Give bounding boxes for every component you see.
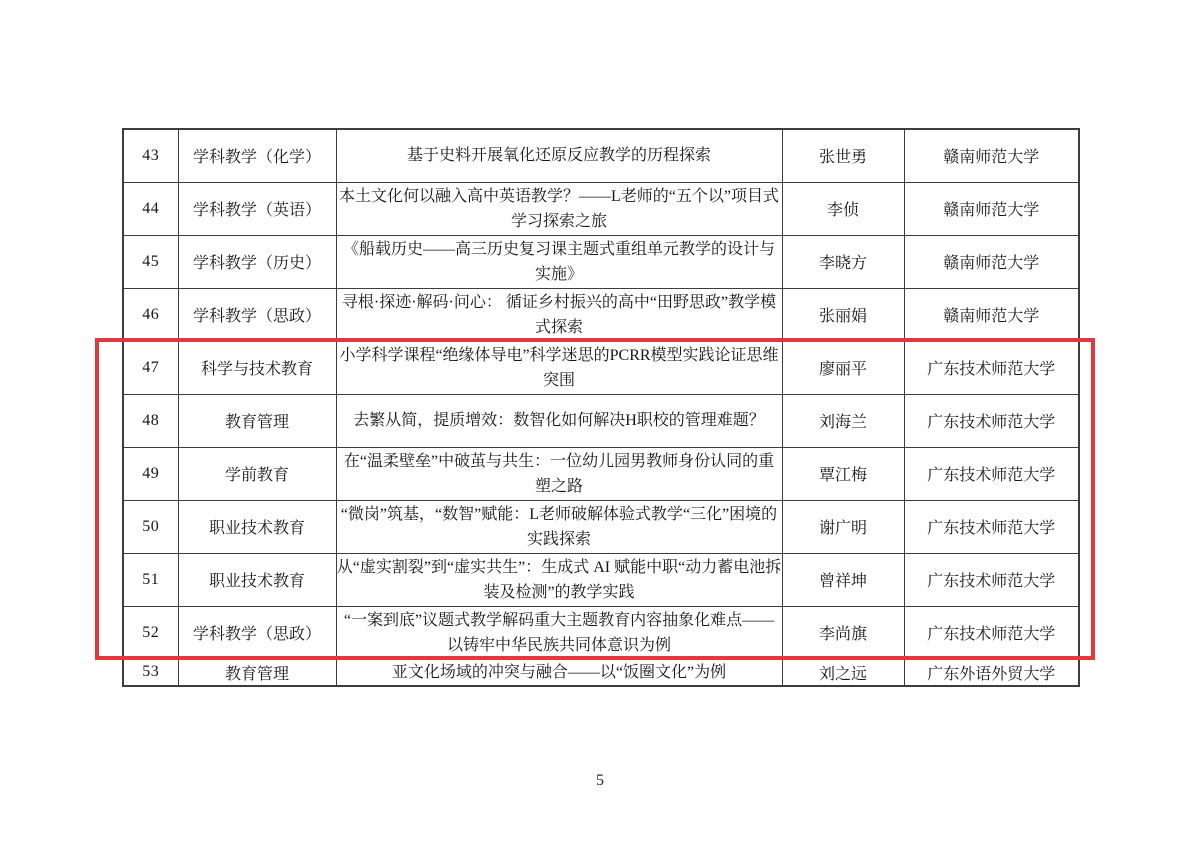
university-cell: 广东技术师范大学 [904, 553, 1079, 606]
category-text: 学科教学（历史） [193, 255, 321, 272]
university-text: 广东技术师范大学 [927, 626, 1055, 643]
row-number: 48 [142, 412, 159, 429]
university-cell: 广东外语外贸大学 [904, 659, 1079, 686]
row-number: 49 [142, 465, 159, 482]
university-text: 广东技术师范大学 [927, 520, 1055, 537]
university-cell: 广东技术师范大学 [904, 341, 1079, 394]
title-text: “一案到底”议题式教学解码重大主题教育内容抽象化难点——以铸牢中华民族共同体意识… [344, 612, 774, 654]
category-cell: 职业技术教育 [178, 553, 336, 606]
table-row: 44 学科教学（英语） 本土文化何以融入高中英语教学？——L老师的“五个以”项目… [123, 182, 1079, 235]
row-number: 46 [142, 306, 159, 323]
university-text: 广东技术师范大学 [927, 573, 1055, 590]
category-text: 学前教育 [225, 467, 289, 484]
table-row: 49 学前教育 在“温柔壁垒”中破茧与共生：一位幼儿园男教师身份认同的重塑之路 … [123, 447, 1079, 500]
row-number: 47 [142, 359, 159, 376]
table-row: 50 职业技术教育 “微岗”筑基，“数智”赋能：L老师破解体验式教学“三化”困境… [123, 500, 1079, 553]
university-text: 广东技术师范大学 [927, 361, 1055, 378]
title-cell: 本土文化何以融入高中英语教学？——L老师的“五个以”项目式学习探索之旅 [336, 182, 782, 235]
row-number-cell: 43 [123, 129, 178, 182]
row-number-cell: 51 [123, 553, 178, 606]
title-text: 亚文化场域的冲突与融合——以“饭圈文化”为例 [392, 664, 726, 681]
author-cell: 曾祥坤 [782, 553, 904, 606]
category-text: 教育管理 [225, 666, 289, 683]
category-text: 学科教学（思政） [193, 308, 321, 325]
category-cell: 学科教学（历史） [178, 235, 336, 288]
row-number: 50 [142, 518, 159, 535]
author-cell: 李侦 [782, 182, 904, 235]
row-number: 52 [142, 624, 159, 641]
title-text: 去繁从简，提质增效：数智化如何解决H职校的管理难题？ [353, 412, 765, 429]
category-text: 职业技术教育 [209, 520, 305, 537]
author-cell: 覃江梅 [782, 447, 904, 500]
category-cell: 学科教学（思政） [178, 288, 336, 341]
submissions-table: 43 学科教学（化学） 基于史料开展氧化还原反应教学的历程探索 张世勇 赣南师范… [122, 128, 1080, 687]
table-row: 46 学科教学（思政） 寻根·探迹·解码·问心： 循证乡村振兴的高中“田野思政”… [123, 288, 1079, 341]
title-cell: 小学科学课程“绝缘体导电”科学迷思的PCRR模型实践论证思维突围 [336, 341, 782, 394]
title-cell: “微岗”筑基，“数智”赋能：L老师破解体验式教学“三化”困境的实践探索 [336, 500, 782, 553]
author-text: 张丽娟 [819, 308, 867, 325]
table-row: 53 教育管理 亚文化场域的冲突与融合——以“饭圈文化”为例 刘之远 广东外语外… [123, 659, 1079, 686]
author-text: 廖丽平 [819, 361, 867, 378]
author-text: 李晓方 [819, 255, 867, 272]
row-number-cell: 53 [123, 659, 178, 686]
university-text: 广东技术师范大学 [927, 467, 1055, 484]
category-cell: 学前教育 [178, 447, 336, 500]
title-cell: 亚文化场域的冲突与融合——以“饭圈文化”为例 [336, 659, 782, 686]
author-text: 张世勇 [819, 149, 867, 166]
university-text: 广东外语外贸大学 [927, 666, 1055, 683]
page-number: 5 [0, 772, 1200, 790]
title-text: 寻根·探迹·解码·问心： 循证乡村振兴的高中“田野思政”教学模式探索 [342, 294, 776, 336]
row-number-cell: 50 [123, 500, 178, 553]
table-row: 51 职业技术教育 从“虚实割裂”到“虚实共生”：生成式 AI 赋能中职“动力蓄… [123, 553, 1079, 606]
category-text: 学科教学（思政） [193, 626, 321, 643]
row-number: 53 [142, 663, 159, 680]
category-text: 科学与技术教育 [201, 361, 313, 378]
table-body: 43 学科教学（化学） 基于史料开展氧化还原反应教学的历程探索 张世勇 赣南师范… [123, 129, 1079, 686]
author-text: 覃江梅 [819, 467, 867, 484]
row-number-cell: 48 [123, 394, 178, 447]
title-text: “微岗”筑基，“数智”赋能：L老师破解体验式教学“三化”困境的实践探索 [341, 506, 777, 548]
author-cell: 廖丽平 [782, 341, 904, 394]
university-cell: 广东技术师范大学 [904, 606, 1079, 659]
university-text: 赣南师范大学 [943, 149, 1039, 166]
category-cell: 教育管理 [178, 394, 336, 447]
author-cell: 张世勇 [782, 129, 904, 182]
university-text: 广东技术师范大学 [927, 414, 1055, 431]
university-cell: 广东技术师范大学 [904, 394, 1079, 447]
category-text: 职业技术教育 [209, 573, 305, 590]
category-cell: 学科教学（化学） [178, 129, 336, 182]
university-cell: 赣南师范大学 [904, 288, 1079, 341]
row-number-cell: 44 [123, 182, 178, 235]
university-cell: 赣南师范大学 [904, 235, 1079, 288]
title-cell: 《船载历史——高三历史复习课主题式重组单元教学的设计与实施》 [336, 235, 782, 288]
title-text: 在“温柔壁垒”中破茧与共生：一位幼儿园男教师身份认同的重塑之路 [344, 453, 774, 495]
row-number: 43 [142, 147, 159, 164]
author-text: 曾祥坤 [819, 573, 867, 590]
category-text: 学科教学（化学） [193, 149, 321, 166]
row-number-cell: 49 [123, 447, 178, 500]
author-cell: 李尚旗 [782, 606, 904, 659]
category-text: 教育管理 [225, 414, 289, 431]
title-text: 小学科学课程“绝缘体导电”科学迷思的PCRR模型实践论证思维突围 [339, 347, 778, 389]
category-text: 学科教学（英语） [193, 202, 321, 219]
author-text: 李侦 [827, 202, 859, 219]
category-cell: 科学与技术教育 [178, 341, 336, 394]
title-cell: 寻根·探迹·解码·问心： 循证乡村振兴的高中“田野思政”教学模式探索 [336, 288, 782, 341]
row-number-cell: 47 [123, 341, 178, 394]
title-cell: “一案到底”议题式教学解码重大主题教育内容抽象化难点——以铸牢中华民族共同体意识… [336, 606, 782, 659]
row-number-cell: 45 [123, 235, 178, 288]
author-text: 刘之远 [819, 666, 867, 683]
document-page: 43 学科教学（化学） 基于史料开展氧化还原反应教学的历程探索 张世勇 赣南师范… [0, 0, 1200, 849]
university-cell: 广东技术师范大学 [904, 447, 1079, 500]
table-row: 48 教育管理 去繁从简，提质增效：数智化如何解决H职校的管理难题？ 刘海兰 广… [123, 394, 1079, 447]
university-cell: 赣南师范大学 [904, 182, 1079, 235]
author-text: 李尚旗 [819, 626, 867, 643]
university-cell: 广东技术师范大学 [904, 500, 1079, 553]
category-cell: 职业技术教育 [178, 500, 336, 553]
row-number-cell: 46 [123, 288, 178, 341]
table-row: 47 科学与技术教育 小学科学课程“绝缘体导电”科学迷思的PCRR模型实践论证思… [123, 341, 1079, 394]
category-cell: 学科教学（思政） [178, 606, 336, 659]
category-cell: 教育管理 [178, 659, 336, 686]
table-row: 52 学科教学（思政） “一案到底”议题式教学解码重大主题教育内容抽象化难点——… [123, 606, 1079, 659]
title-text: 《船载历史——高三历史复习课主题式重组单元教学的设计与实施》 [343, 241, 775, 283]
title-text: 基于史料开展氧化还原反应教学的历程探索 [407, 147, 711, 164]
row-number: 51 [142, 571, 159, 588]
title-cell: 在“温柔壁垒”中破茧与共生：一位幼儿园男教师身份认同的重塑之路 [336, 447, 782, 500]
author-cell: 刘海兰 [782, 394, 904, 447]
title-cell: 从“虚实割裂”到“虚实共生”：生成式 AI 赋能中职“动力蓄电池拆装及检测”的教… [336, 553, 782, 606]
title-text: 从“虚实割裂”到“虚实共生”：生成式 AI 赋能中职“动力蓄电池拆装及检测”的教… [337, 559, 781, 601]
university-text: 赣南师范大学 [943, 308, 1039, 325]
author-cell: 张丽娟 [782, 288, 904, 341]
row-number: 44 [142, 200, 159, 217]
author-cell: 刘之远 [782, 659, 904, 686]
category-cell: 学科教学（英语） [178, 182, 336, 235]
author-text: 谢广明 [819, 520, 867, 537]
university-text: 赣南师范大学 [943, 255, 1039, 272]
author-text: 刘海兰 [819, 414, 867, 431]
table-row: 43 学科教学（化学） 基于史料开展氧化还原反应教学的历程探索 张世勇 赣南师范… [123, 129, 1079, 182]
row-number: 45 [142, 253, 159, 270]
table-row: 45 学科教学（历史） 《船载历史——高三历史复习课主题式重组单元教学的设计与实… [123, 235, 1079, 288]
university-text: 赣南师范大学 [943, 202, 1039, 219]
author-cell: 谢广明 [782, 500, 904, 553]
university-cell: 赣南师范大学 [904, 129, 1079, 182]
author-cell: 李晓方 [782, 235, 904, 288]
title-cell: 去繁从简，提质增效：数智化如何解决H职校的管理难题？ [336, 394, 782, 447]
title-text: 本土文化何以融入高中英语教学？——L老师的“五个以”项目式学习探索之旅 [339, 188, 779, 230]
title-cell: 基于史料开展氧化还原反应教学的历程探索 [336, 129, 782, 182]
row-number-cell: 52 [123, 606, 178, 659]
